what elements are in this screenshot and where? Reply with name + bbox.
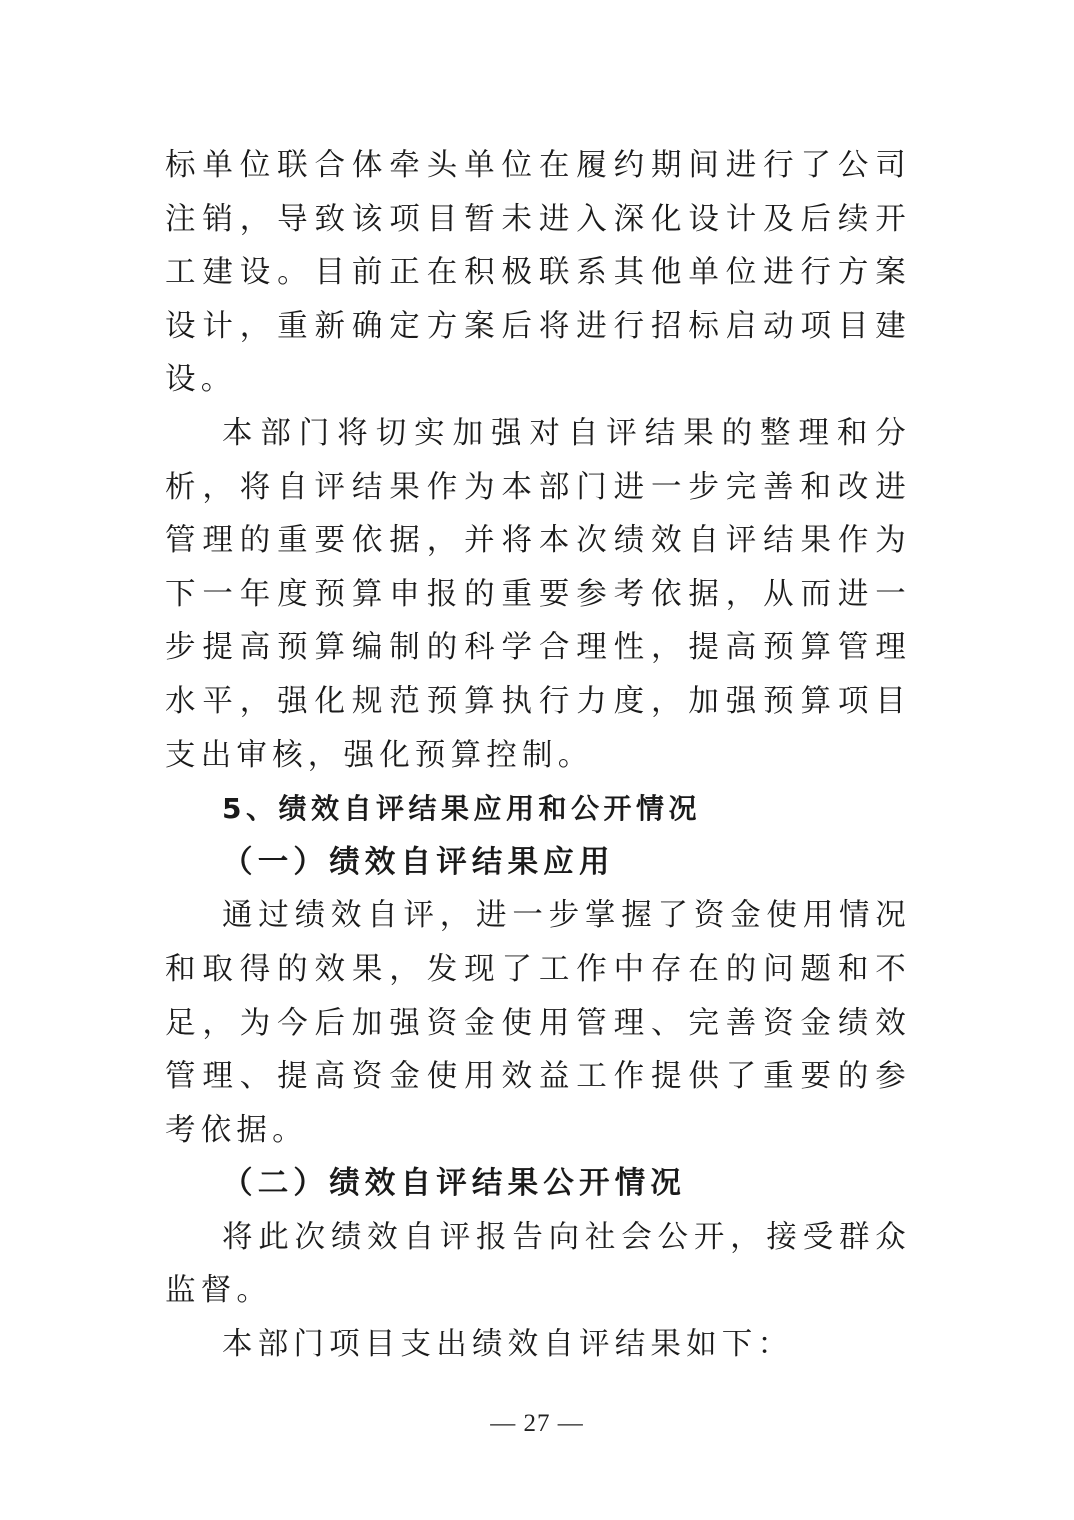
document-body: 标单位联合体牵头单位在履约期间进行了公司注销，导致该项目暂未进入深化设计及后续开… [165,139,911,1372]
paragraph-project-status: 标单位联合体牵头单位在履约期间进行了公司注销，导致该项目暂未进入深化设计及后续开… [165,139,911,407]
paragraph-result-analysis: 本部门将切实加强对自评结果的整理和分析，将自评结果作为本部门进一步完善和改进管理… [165,407,911,782]
page-number: — 27 — [0,1410,1074,1438]
paragraph-results-intro: 本部门项目支出绩效自评结果如下： [165,1318,911,1372]
section-heading-5: 5、绩效自评结果应用和公开情况 [165,782,911,836]
paragraph-result-application: 通过绩效自评，进一步掌握了资金使用情况和取得的效果，发现了工作中存在的问题和不足… [165,889,911,1157]
document-page: 标单位联合体牵头单位在履约期间进行了公司注销，导致该项目暂未进入深化设计及后续开… [0,0,1074,1520]
subheading-result-application: （一）绩效自评结果应用 [165,836,911,890]
paragraph-public-disclosure: 将此次绩效自评报告向社会公开，接受群众监督。 [165,1211,911,1318]
subheading-result-disclosure: （二）绩效自评结果公开情况 [165,1157,911,1211]
